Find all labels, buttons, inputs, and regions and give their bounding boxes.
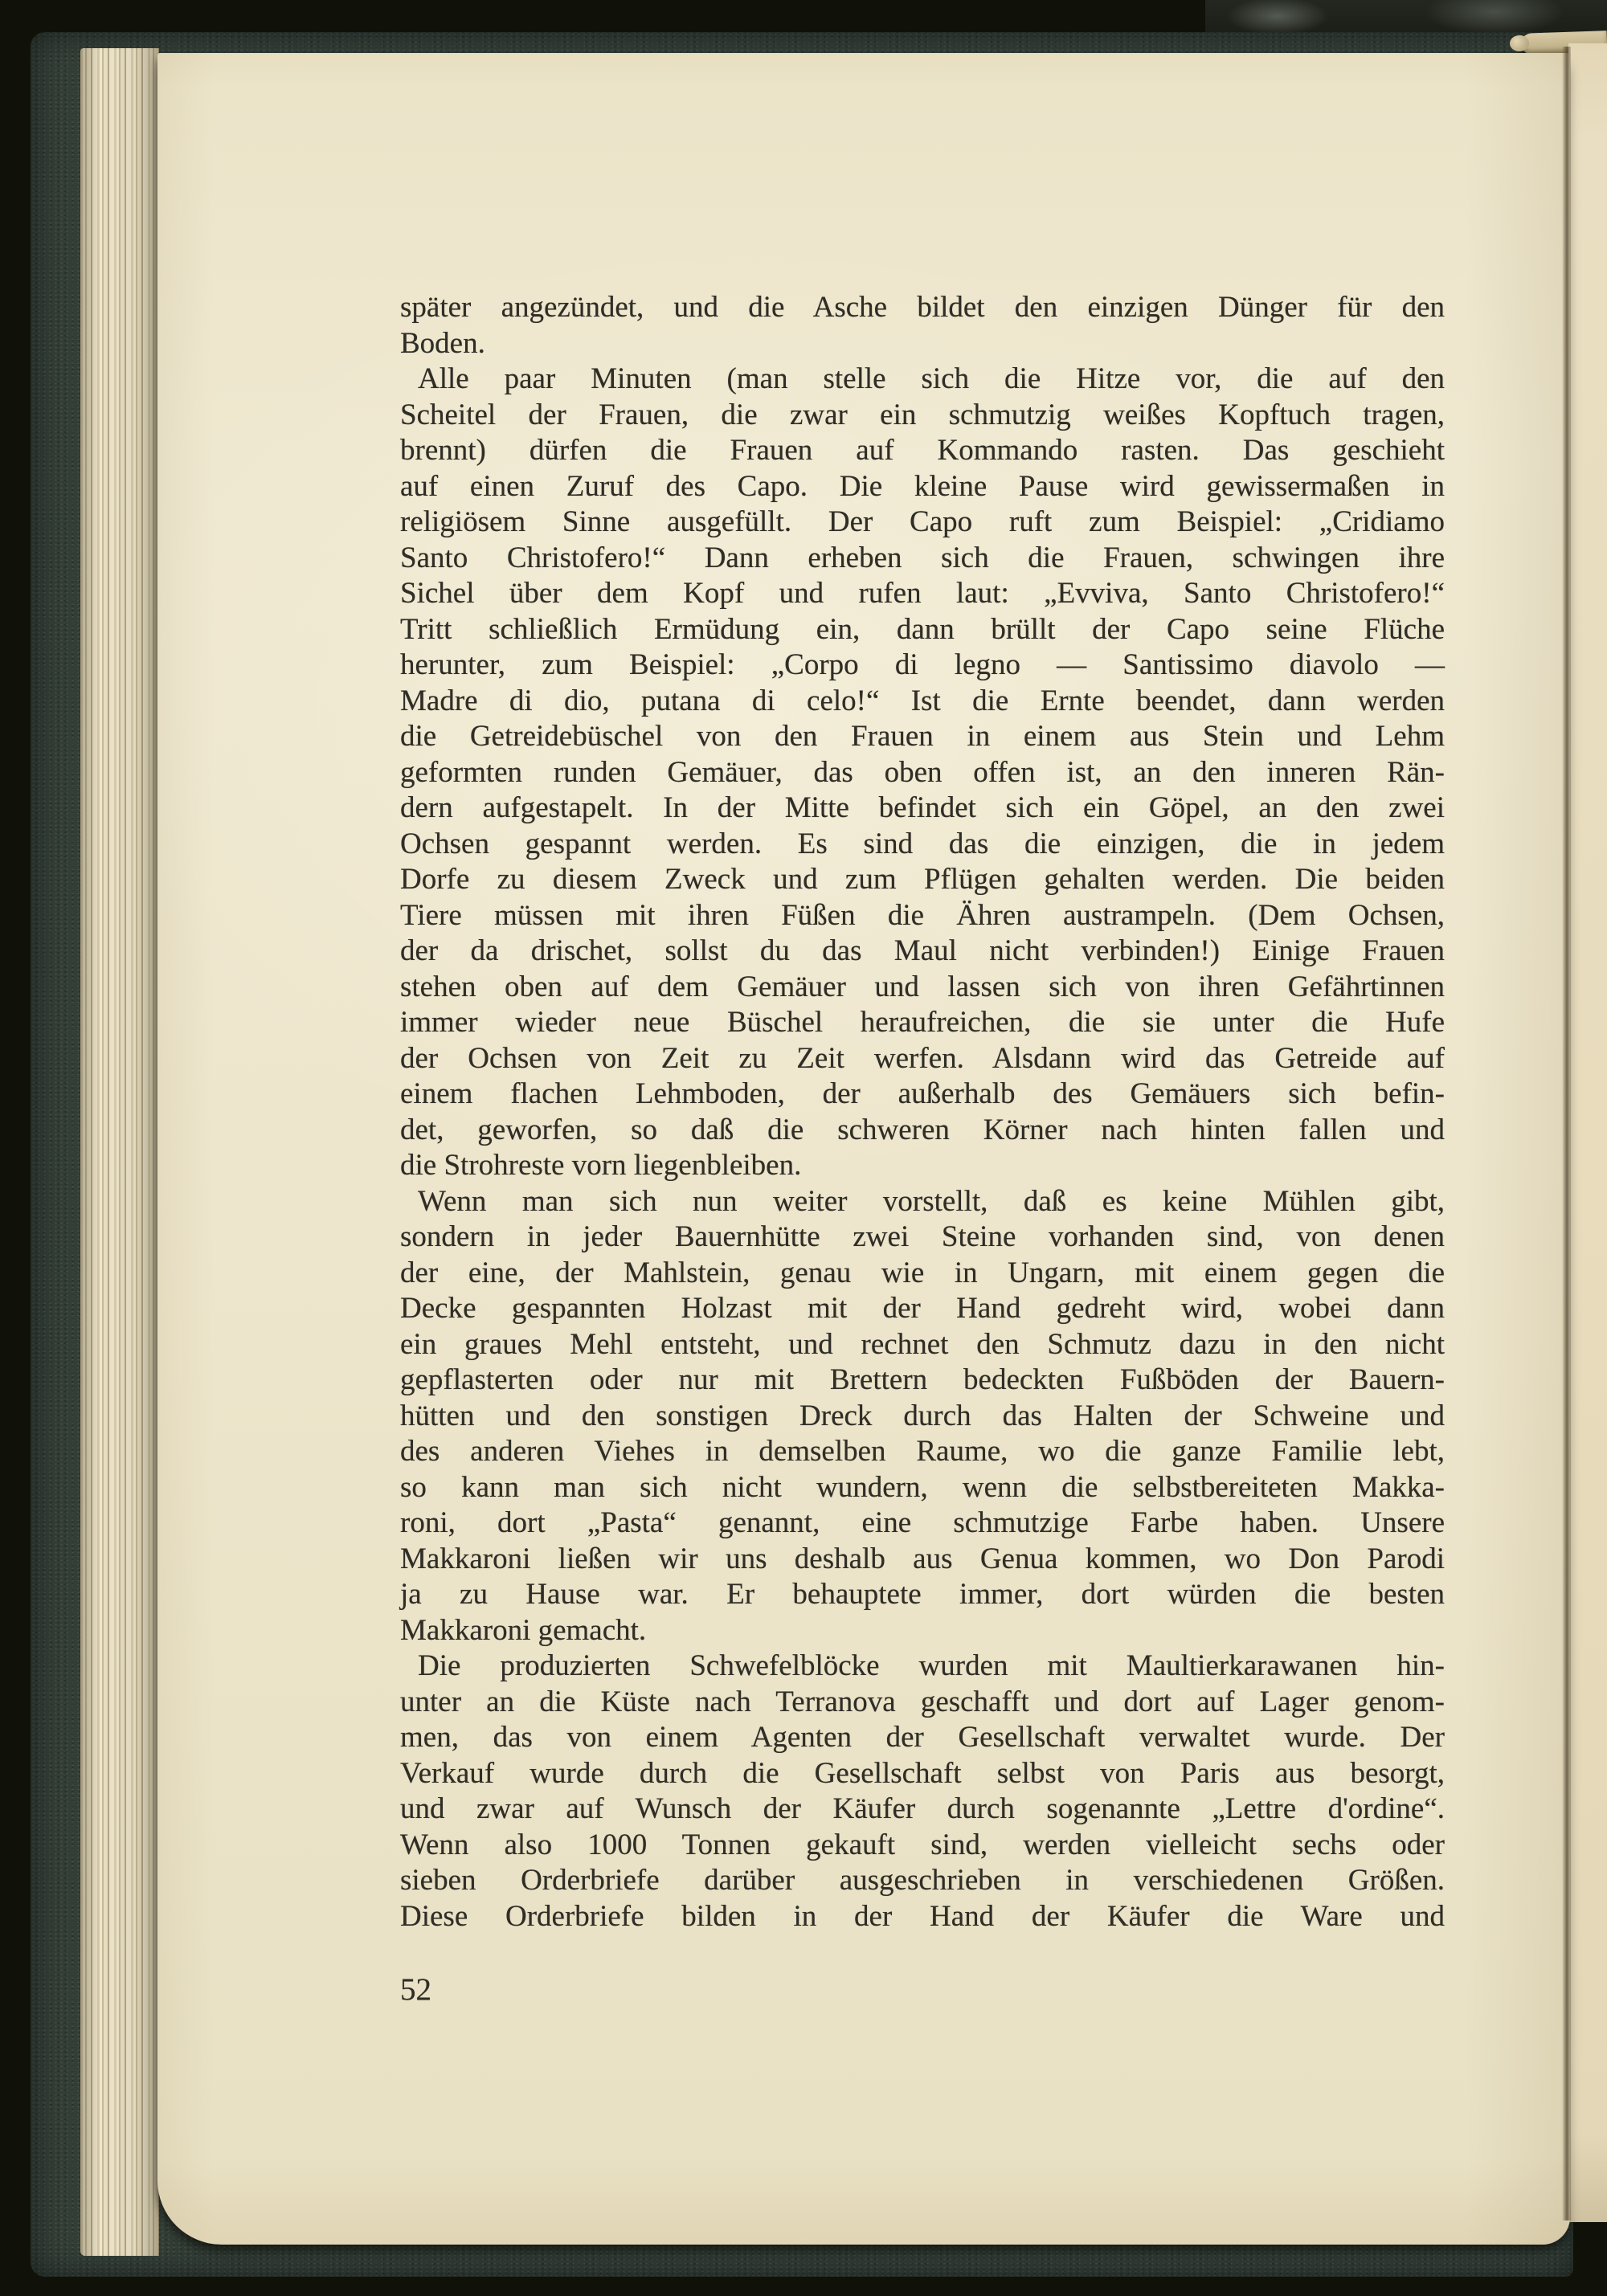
text-line: Verkauf wurde durch die Gesellschaft sel… [400,1756,1445,1792]
page-text: später angezündet, und die Asche bildet … [400,290,1445,1934]
text-line: herunter, zum Beispiel: „Corpo di legno … [400,648,1445,684]
text-line: Ochsen gespannt werden. Es sind das die … [400,827,1445,863]
page-fold-crease [1562,47,1571,2220]
text-line: Die produzierten Schwefelblöcke wurden m… [400,1648,1445,1685]
text-line: men, das von einem Agenten der Gesellsch… [400,1720,1445,1756]
text-line: Santo Christofero!“ Dann erheben sich di… [400,541,1445,577]
text-line: so kann man sich nicht wundern, wenn die… [400,1470,1445,1506]
text-line: sondern in jeder Bauernhütte zwei Steine… [400,1219,1445,1256]
text-line: Decke gespannten Holzast mit der Hand ge… [400,1291,1445,1327]
text-line: Tiere müssen mit ihren Füßen die Ähren a… [400,898,1445,934]
book-page: später angezündet, und die Asche bildet … [157,53,1570,2245]
text-line: unter an die Küste nach Terranova gescha… [400,1685,1445,1721]
text-line: der Ochsen von Zeit zu Zeit werfen. Alsd… [400,1041,1445,1077]
text-line: ein graues Mehl entsteht, und rechnet de… [400,1327,1445,1363]
text-line: Boden. [400,326,1445,362]
text-line: religiösem Sinne ausgefüllt. Der Capo ru… [400,505,1445,541]
text-line: Diese Orderbriefe bilden in der Hand der… [400,1899,1445,1935]
text-line: einem flachen Lehmboden, der außerhalb d… [400,1077,1445,1113]
text-line: det, geworfen, so daß die schweren Körne… [400,1113,1445,1149]
text-line: die Getreidebüschel von den Frauen in ei… [400,719,1445,755]
text-line: gepflasterten oder nur mit Brettern bede… [400,1362,1445,1399]
text-line: der eine, der Mahlstein, genau wie in Un… [400,1256,1445,1292]
text-line: ja zu Hause war. Er behauptete immer, do… [400,1577,1445,1613]
text-line: auf einen Zuruf des Capo. Die kleine Pau… [400,469,1445,505]
text-line: sieben Orderbriefe darüber ausgeschriebe… [400,1863,1445,1899]
text-line: Makkaroni ließen wir uns deshalb aus Gen… [400,1542,1445,1578]
page-edge-stack [80,48,159,2256]
text-line: des anderen Viehes in demselben Raume, w… [400,1434,1445,1470]
text-line: Makkaroni gemacht. [400,1613,1445,1649]
text-line: Wenn also 1000 Tonnen gekauft sind, werd… [400,1828,1445,1864]
text-line: später angezündet, und die Asche bildet … [400,290,1445,326]
text-line: hütten und den sonstigen Dreck durch das… [400,1399,1445,1435]
text-line: dern aufgestapelt. In der Mitte befindet… [400,791,1445,827]
text-line: Madre di dio, putana di celo!“ Ist die E… [400,684,1445,720]
text-line: geformten runden Gemäuer, das oben offen… [400,755,1445,791]
text-line: Sichel über dem Kopf und rufen laut: „Ev… [400,576,1445,612]
text-line: der da drischet, sollst du das Maul nich… [400,934,1445,970]
text-line: roni, dort „Pasta“ genannt, eine schmutz… [400,1505,1445,1542]
text-line: brennt) dürfen die Frauen auf Kommando r… [400,433,1445,469]
text-line: und zwar auf Wunsch der Käufer durch sog… [400,1791,1445,1828]
text-line: Tritt schließlich Ermüdung ein, dann brü… [400,612,1445,648]
underlying-page-edge [1568,43,1607,2222]
text-line: Alle paar Minuten (man stelle sich die H… [400,362,1445,398]
page-number: 52 [400,1971,431,2008]
scanned-book-photo: später angezündet, und die Asche bildet … [0,0,1607,2296]
text-line: immer wieder neue Büschel heraufreichen,… [400,1005,1445,1041]
text-line: stehen oben auf dem Gemäuer und lassen s… [400,970,1445,1006]
text-line: Dorfe zu diesem Zweck und zum Pflügen ge… [400,862,1445,898]
text-line: Scheitel der Frauen, die zwar ein schmut… [400,398,1445,434]
text-line: die Strohreste vorn liegenbleiben. [400,1148,1445,1184]
text-line: Wenn man sich nun weiter vorstellt, daß … [400,1184,1445,1220]
